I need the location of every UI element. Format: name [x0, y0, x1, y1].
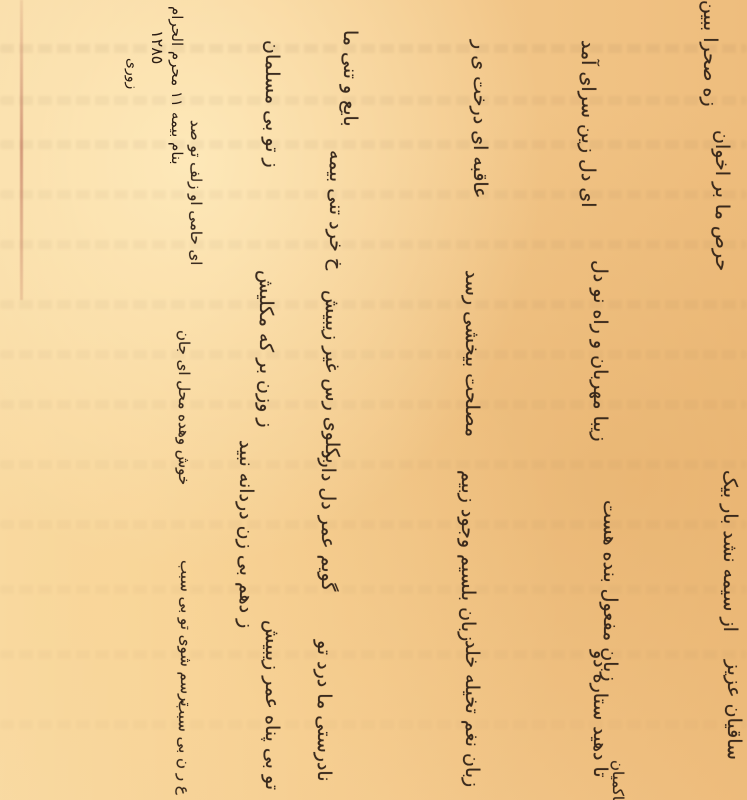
bleed-through-line	[0, 400, 747, 409]
verse-segment: ساقیان عزیز	[724, 660, 743, 800]
verse-segment: تو بی پناه عمر زیبیش	[262, 620, 281, 770]
verse-segment: ز وزن بر که مکلیش	[256, 270, 275, 420]
bleed-through-line	[0, 300, 747, 309]
verse-segment: مصلحت بیخشی رسد	[462, 270, 481, 430]
verse-segment: بکلوی رس غیر زیبیش	[322, 290, 341, 430]
verse-segment: زبان حاکمیان	[610, 760, 625, 800]
verse-segment: زبان نغم تخیله خلد	[462, 640, 481, 790]
verse-segment: تا دهید ستاره دو	[590, 650, 609, 780]
verse-segment: زیبا مهربان و راه نو دل	[590, 260, 609, 470]
verse-segment: ای دل زین سرای آمد	[578, 40, 597, 260]
margin-rule-line	[20, 0, 23, 300]
verse-segment: از سیمه نشد بار بیک	[720, 470, 739, 630]
bleed-through-line	[0, 44, 747, 53]
verse-segment: ز تو بی مسلمان	[262, 40, 281, 250]
date-notation: ١٢٨٥	[148, 30, 167, 64]
verse-segment: زبان بلسیم وجود زبیم	[458, 470, 477, 620]
signature-name: زوری	[124, 58, 140, 89]
verse-segment: زبان مفعول بنده هست	[600, 500, 619, 640]
verse-segment: ز دهم بی زن دردانه نبید	[236, 440, 255, 600]
signature-line: بنام بیمه ۱۱ محرم الحرام	[168, 6, 186, 165]
bleed-through-line	[0, 585, 747, 594]
verse-segment: حرص ما بر اخوان	[712, 130, 731, 290]
verse-segment: خ خرد تنی بیمه	[326, 150, 345, 270]
verse-segment: عاقبه ای درخت ی ر	[470, 40, 489, 240]
bleed-through-line	[0, 720, 747, 729]
bleed-through-line	[0, 650, 747, 659]
bleed-through-line	[0, 190, 747, 199]
verse-segment: گویم عمر دل دارد	[318, 450, 337, 620]
verse-segment: زه صحرا ببین	[700, 0, 719, 120]
bleed-through-line	[0, 520, 747, 529]
bleed-through-line	[0, 96, 747, 105]
verse-segment: ترسم شوی تو بی سبب	[178, 560, 193, 690]
bleed-through-line	[0, 140, 747, 149]
bleed-through-line	[0, 460, 747, 469]
verse-segment: بایع و تنی ما	[340, 30, 359, 140]
bleed-through-line	[0, 240, 747, 249]
verse-segment: ع ر ن بی سبب	[176, 700, 191, 800]
verse-segment: خوش وهده محل ای جان	[176, 330, 191, 480]
bleed-through-line	[0, 350, 747, 359]
verse-segment: ای حامی او زلف تو صد	[188, 120, 203, 260]
verse-segment: نادرستی ما درد تو	[314, 640, 333, 790]
